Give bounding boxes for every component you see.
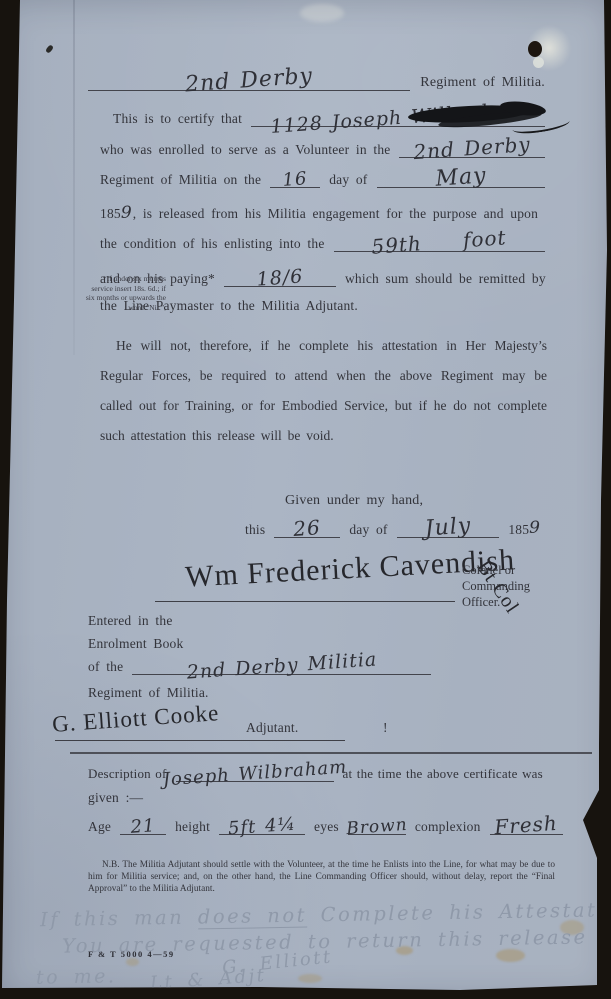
age-label: Age xyxy=(88,819,111,835)
released-text: , is released from his Militia engagemen… xyxy=(133,206,538,221)
handwritten-complexion: Fresh xyxy=(494,810,559,838)
signing-month-blank: July xyxy=(397,521,500,538)
handwritten-month: May xyxy=(434,163,487,192)
corps-blank: 59th foot xyxy=(334,235,545,252)
handwritten-amount: 18/6 xyxy=(256,265,304,290)
officer-label-line2: Commanding xyxy=(462,579,530,594)
complexion-label: complexion xyxy=(415,819,481,835)
paper-stain-dot xyxy=(533,57,544,68)
signing-date-row: this 26 day of July 1859 xyxy=(245,518,541,538)
adjutant-signature: G. Elliott Cooke xyxy=(51,700,220,738)
pencil-note-to-me: to me. xyxy=(36,965,117,988)
this-label: this xyxy=(245,522,265,538)
regiment-header-row: 2nd Derby Regiment of Militia. xyxy=(88,74,545,91)
month-blank: May xyxy=(377,171,545,188)
margin-footnote: *If under six months service insert 18s.… xyxy=(84,274,166,312)
condition-row: the condition of his enlisting into the … xyxy=(100,235,545,252)
nb-footnote: N.B. The Militia Adjutant should settle … xyxy=(88,860,555,895)
ink-speck xyxy=(45,44,54,53)
paper-stain-top xyxy=(300,4,344,22)
pencil-line1-underlined: does not xyxy=(198,904,308,930)
regiment-of-militia-label: Regiment of Militia. xyxy=(420,75,545,91)
description-post-text: at the time the above certificate was xyxy=(343,766,543,782)
height-label: height xyxy=(175,819,210,835)
adjutant-signature-line xyxy=(55,740,345,741)
date-pre-text: Regiment of Militia on the xyxy=(100,172,261,188)
handwritten-age: 21 xyxy=(130,815,156,838)
description-name-blank: Joseph Wilbraham xyxy=(176,766,334,782)
condition-pre-text: the condition of his enlisting into the xyxy=(100,236,325,252)
age-blank: 21 xyxy=(120,818,166,835)
foxing-spot xyxy=(496,949,525,962)
enrolled-text: who was enrolled to serve as a Volunteer… xyxy=(100,142,390,158)
handwritten-year-digit: 9 xyxy=(121,203,133,223)
eyes-label: eyes xyxy=(314,819,339,835)
enrol-date-row: Regiment of Militia on the 16 day of May xyxy=(100,171,545,188)
stray-mark: ! xyxy=(383,720,388,736)
handwritten-height: 5ft 4¼ xyxy=(227,813,296,839)
year-prefix-text: 185 xyxy=(100,206,121,221)
enrolment-regiment-row: of the 2nd Derby Militia xyxy=(88,658,431,675)
handwritten-eyes: Brown xyxy=(346,814,409,838)
paper-hole-dark-spot xyxy=(528,41,542,57)
adjutant-label: Adjutant. xyxy=(246,720,298,736)
description-pre-text: Description of xyxy=(88,766,167,782)
handwritten-signing-year-digit: 9 xyxy=(529,518,541,538)
pencil-line1-pre: If this man xyxy=(40,905,198,931)
officer-label-line3: Officer. xyxy=(462,595,500,610)
officer-label-line1: Colonel or xyxy=(462,563,515,578)
foxing-spot xyxy=(126,958,139,966)
height-blank: 5ft 4¼ xyxy=(219,818,305,835)
section-divider-rule xyxy=(70,752,592,754)
entered-in-the-text: Entered in the xyxy=(88,613,173,629)
complexion-blank: Fresh xyxy=(490,818,563,835)
regiment-of-militia-text: Regiment of Militia. xyxy=(88,685,209,701)
document-paper: 2nd Derby Regiment of Militia. This is t… xyxy=(0,0,611,999)
eyes-blank: Brown xyxy=(348,818,406,835)
signature-line xyxy=(155,601,455,602)
handwritten-day: 16 xyxy=(282,168,308,191)
handwritten-signing-month: July xyxy=(424,513,472,541)
day-blank: 16 xyxy=(270,171,320,188)
day-of-text: day of xyxy=(329,172,367,188)
certify-lead-text: This is to certify that xyxy=(113,111,242,127)
enrolled-regiment-blank: 2nd Derby xyxy=(399,141,545,158)
regiment-blank-line: 2nd Derby xyxy=(88,74,410,91)
handwritten-enrolled-regiment: 2nd Derby xyxy=(413,131,532,163)
vertical-fold-crease xyxy=(73,0,75,355)
signing-day-blank: 26 xyxy=(274,521,340,538)
amount-blank: 18/6 xyxy=(224,270,336,287)
handwritten-regiment: 2nd Derby xyxy=(184,63,313,97)
handwritten-signing-day: 26 xyxy=(293,515,322,541)
handwritten-corps: 59th foot xyxy=(371,225,508,258)
given-under-hand-text: Given under my hand, xyxy=(285,493,423,509)
pencil-rank-note: Lt & Adjt xyxy=(149,965,267,994)
signing-year-prefix: 185 xyxy=(508,522,529,538)
foxing-spot xyxy=(298,974,322,983)
age-height-row: Age 21 height 5ft 4¼ eyes Brown complexi… xyxy=(88,818,563,835)
enrolment-regiment-blank: 2nd Derby Militia xyxy=(132,658,431,675)
paying-row: and on his paying* 18/6 which sum should… xyxy=(100,270,545,287)
description-row: Description of Joseph Wilbraham at the t… xyxy=(88,766,551,782)
paying-post-text: which sum should be remitted by xyxy=(345,271,546,287)
enrolment-book-text: Enrolment Book xyxy=(88,636,183,652)
released-row: 1859, is released from his Militia engag… xyxy=(100,203,538,223)
signing-day-of-text: day of xyxy=(349,522,387,538)
handwritten-description-name: Joseph Wilbraham xyxy=(162,757,348,791)
enrolled-row: who was enrolled to serve as a Volunteer… xyxy=(100,141,545,158)
body-paragraph: He will not, therefore, if he complete h… xyxy=(100,331,547,451)
given-colon-text: given :— xyxy=(88,790,143,806)
handwritten-enrolment-regiment: 2nd Derby Militia xyxy=(186,648,378,683)
of-the-text: of the xyxy=(88,659,123,675)
